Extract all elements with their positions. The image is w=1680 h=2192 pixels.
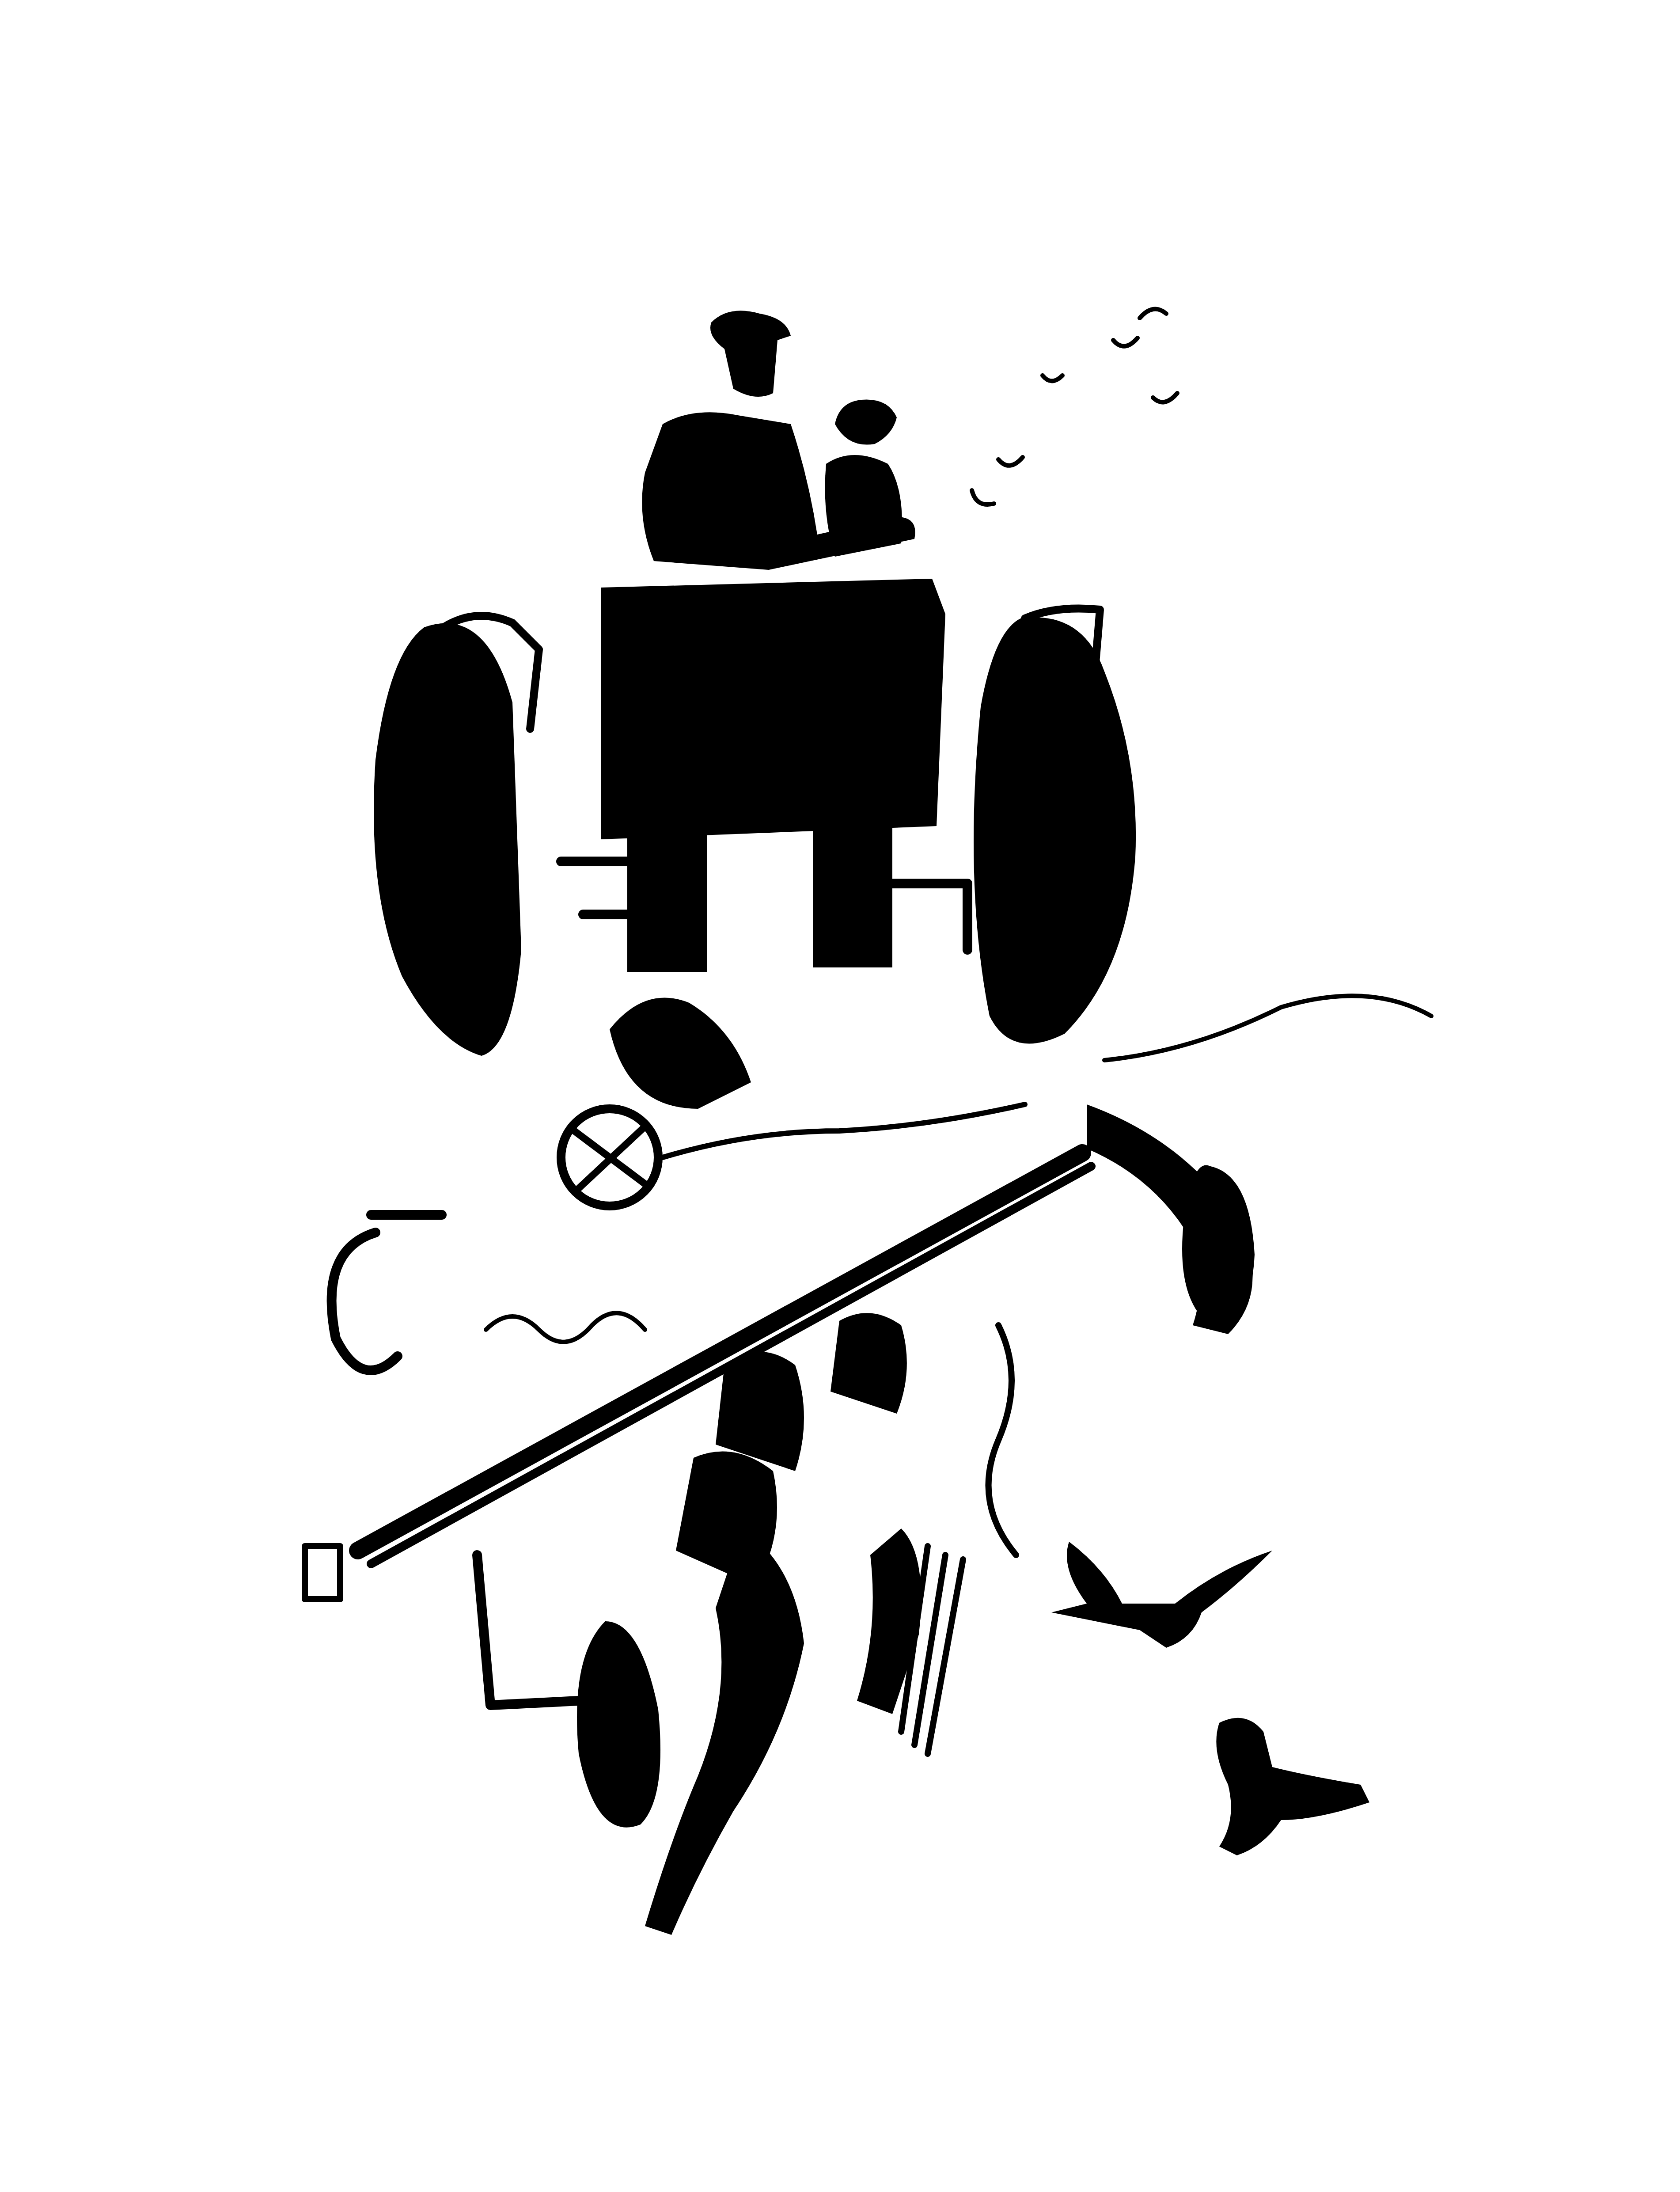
tractor [374, 579, 1136, 1206]
tractor-plough-illustration [0, 0, 1680, 2192]
flying-crow-icon [1051, 1542, 1272, 1648]
standing-crow-icon [1216, 1718, 1369, 1855]
child-figure [825, 400, 903, 557]
plough [305, 1153, 1255, 1828]
sky-birds-icon [972, 309, 1177, 504]
